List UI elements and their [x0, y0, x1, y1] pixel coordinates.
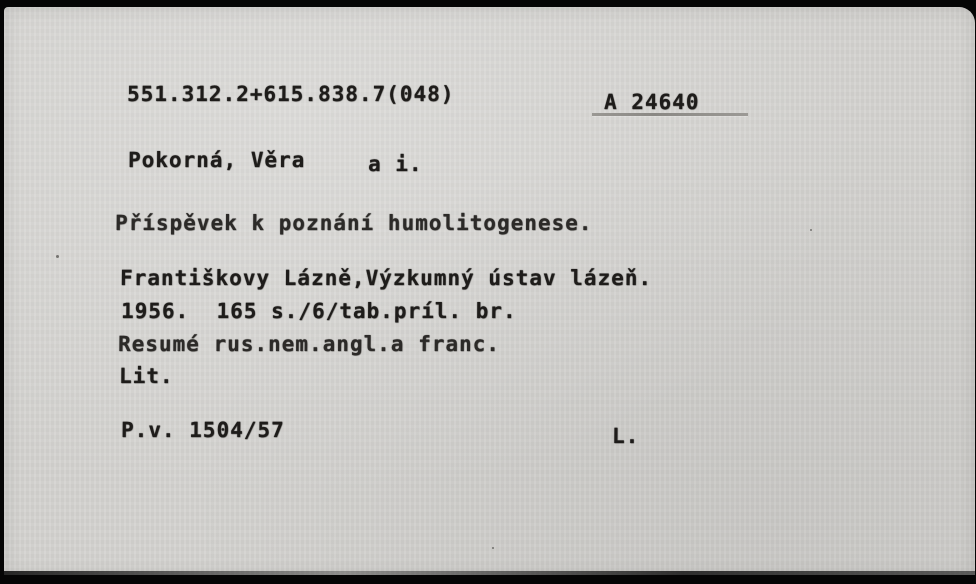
scan-edge-shadow: [4, 571, 975, 575]
record-number: P.v. 1504/57: [121, 418, 285, 442]
collation-line: 1956. 165 s./6/tab.príl. br.: [121, 299, 517, 323]
paper-speck: [810, 229, 812, 231]
author-name: Pokorná, Věra: [128, 148, 306, 172]
publisher-line: Františkovy Lázně,Výzkumný ústav lázeň.: [120, 266, 652, 290]
accession-underline: [592, 113, 748, 116]
scanned-catalog-card: 551.312.2+615.838.7(048) A 24640 Pokorná…: [0, 0, 976, 584]
work-title: Příspěvek k poznání humolitogenese.: [115, 211, 593, 235]
resume-line: Resumé rus.nem.angl.a franc.: [118, 332, 500, 356]
accession-number: A 24640: [604, 90, 700, 114]
cataloguer-initial: L.: [612, 424, 640, 448]
author-et-al: a i.: [368, 152, 423, 176]
classification-number: 551.312.2+615.838.7(048): [127, 82, 455, 106]
paper-speck: [56, 255, 59, 258]
paper-speck: [492, 547, 494, 549]
literature-note: Lit.: [119, 364, 174, 388]
